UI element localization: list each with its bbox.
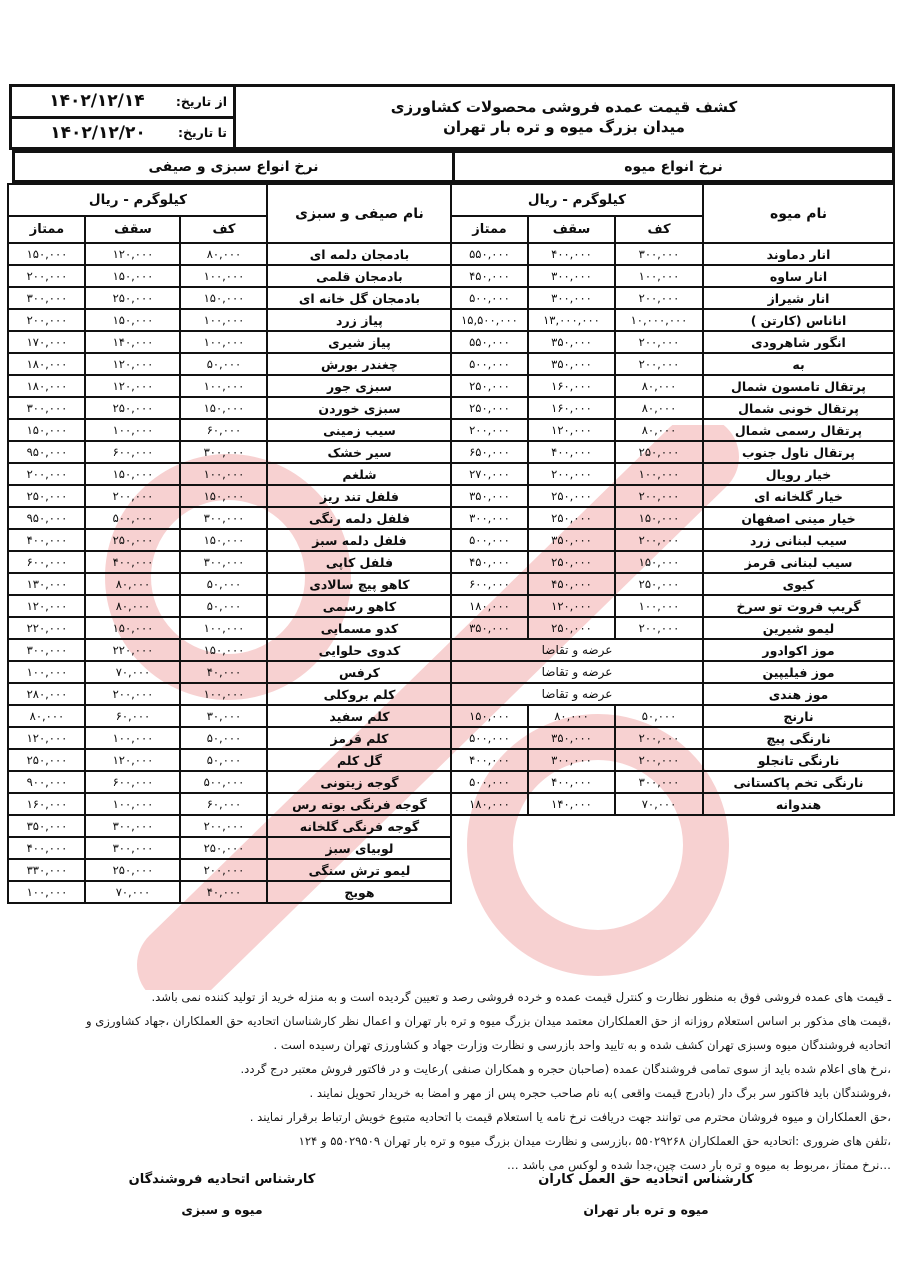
product-name: خیار رویال [703,463,894,485]
price-ceiling: ۸۰,۰۰۰ [528,705,615,727]
table-row: پیاز شیری۱۰۰,۰۰۰۱۴۰,۰۰۰۱۷۰,۰۰۰ [8,331,451,353]
table-row: خیار رویال۱۰۰,۰۰۰۲۰۰,۰۰۰۲۷۰,۰۰۰ [451,463,894,485]
price-ceiling: ۱۴۰,۰۰۰ [528,793,615,815]
footer-note-line: ،تلفن های ضروری :اتحادیه حق العملکاران ۵… [13,1129,891,1153]
price-floor: ۳۰۰,۰۰۰ [180,507,267,529]
product-name: کدو مسمایی [267,617,451,639]
table-row: گل کلم۵۰,۰۰۰۱۲۰,۰۰۰۲۵۰,۰۰۰ [8,749,451,771]
product-name: انگور شاهرودی [703,331,894,353]
product-name: پیاز زرد [267,309,451,331]
product-name: خیار گلخانه ای [703,485,894,507]
price-ceiling: ۱۲۰,۰۰۰ [85,353,180,375]
table-row: کدوی حلوایی۱۵۰,۰۰۰۲۲۰,۰۰۰۳۰۰,۰۰۰ [8,639,451,661]
price-floor: ۵۰۰,۰۰۰ [180,771,267,793]
table-row: فلفل تند ریز۱۵۰,۰۰۰۲۰۰,۰۰۰۲۵۰,۰۰۰ [8,485,451,507]
price-premium: ۱۷۰,۰۰۰ [8,331,85,353]
price-floor: ۲۰۰,۰۰۰ [615,353,703,375]
product-name: گوجه فرنگی بوته رس [267,793,451,815]
product-name: پرتقال تامسون شمال [703,375,894,397]
price-ceiling: ۲۵۰,۰۰۰ [85,529,180,551]
table-row: کاهو پیچ سالادی۵۰,۰۰۰۸۰,۰۰۰۱۳۰,۰۰۰ [8,573,451,595]
table-row: سیب لبنانی زرد۲۰۰,۰۰۰۳۵۰,۰۰۰۵۰۰,۰۰۰ [451,529,894,551]
price-floor: ۵۰,۰۰۰ [180,727,267,749]
table-row: انار شیراز۲۰۰,۰۰۰۳۰۰,۰۰۰۵۰۰,۰۰۰ [451,287,894,309]
product-name: فلفل دلمه سبز [267,529,451,551]
price-floor: ۲۰۰,۰۰۰ [180,815,267,837]
price-ceiling: ۱۲۰,۰۰۰ [85,749,180,771]
price-ceiling: ۲۵۰,۰۰۰ [85,287,180,309]
price-ceiling: ۲۲۰,۰۰۰ [85,639,180,661]
price-premium: ۳۵۰,۰۰۰ [8,815,85,837]
price-floor: ۲۰۰,۰۰۰ [180,859,267,881]
price-ceiling: ۲۵۰,۰۰۰ [528,485,615,507]
price-ceiling: ۲۵۰,۰۰۰ [528,551,615,573]
price-premium: ۳۰۰,۰۰۰ [451,507,528,529]
price-floor: ۱۵۰,۰۰۰ [615,551,703,573]
product-name: موز هندی [703,683,894,705]
price-premium: ۱۲۰,۰۰۰ [8,727,85,749]
price-ceiling: ۳۵۰,۰۰۰ [528,727,615,749]
product-name: شلغم [267,463,451,485]
price-floor: ۱۰۰,۰۰۰ [180,463,267,485]
product-name: هویج [267,881,451,903]
price-floor: ۳۰۰,۰۰۰ [180,551,267,573]
price-floor: ۴۰,۰۰۰ [180,661,267,683]
product-name: کلم قرمز [267,727,451,749]
footer-note-line: ،حق العملکاران و میوه فروشان محترم می تو… [13,1105,891,1129]
product-name: پرتقال ناول جنوب [703,441,894,463]
price-floor: ۱۰۰,۰۰۰ [180,265,267,287]
veg-col-premium: ممتاز [8,216,85,243]
product-name: انار ساوه [703,265,894,287]
signature-left-subtitle: میوه و سبزی [92,1202,352,1218]
product-name: کلم بروکلی [267,683,451,705]
table-row: موز اکوادورعرضه و تقاضا [451,639,894,661]
table-row: انگور شاهرودی۲۰۰,۰۰۰۳۵۰,۰۰۰۵۵۰,۰۰۰ [451,331,894,353]
price-floor: ۱۰۰,۰۰۰ [615,265,703,287]
price-ceiling: ۱۵۰,۰۰۰ [85,463,180,485]
price-premium: ۱۵,۵۰۰,۰۰۰ [451,309,528,331]
price-floor: ۳۰۰,۰۰۰ [180,441,267,463]
price-floor: ۳۰,۰۰۰ [180,705,267,727]
product-name: گوجه فرنگی گلخانه [267,815,451,837]
price-premium: ۱۵۰,۰۰۰ [8,419,85,441]
table-row: گوجه زیتونی۵۰۰,۰۰۰۶۰۰,۰۰۰۹۰۰,۰۰۰ [8,771,451,793]
fruit-header-row-1: نام میوه کیلوگرم - ریال [451,184,894,216]
price-floor: ۱۰۰,۰۰۰ [180,683,267,705]
supply-demand-note: عرضه و تقاضا [451,639,703,661]
price-floor: ۱۰۰,۰۰۰ [180,309,267,331]
price-floor: ۳۰۰,۰۰۰ [615,243,703,265]
product-name: موز فیلیپین [703,661,894,683]
price-floor: ۲۰۰,۰۰۰ [615,287,703,309]
price-premium: ۲۷۰,۰۰۰ [451,463,528,485]
table-row: سبزی جور۱۰۰,۰۰۰۱۲۰,۰۰۰۱۸۰,۰۰۰ [8,375,451,397]
price-ceiling: ۲۵۰,۰۰۰ [528,507,615,529]
price-ceiling: ۴۵۰,۰۰۰ [528,573,615,595]
product-name: نارنگی تخم پاکستانی [703,771,894,793]
product-name: کاهو رسمی [267,595,451,617]
price-ceiling: ۳۵۰,۰۰۰ [528,529,615,551]
price-premium: ۶۰۰,۰۰۰ [451,573,528,595]
product-name: گوجه زیتونی [267,771,451,793]
price-ceiling: ۲۵۰,۰۰۰ [528,617,615,639]
table-row: کلم بروکلی۱۰۰,۰۰۰۲۰۰,۰۰۰۲۸۰,۰۰۰ [8,683,451,705]
price-ceiling: ۸۰,۰۰۰ [85,595,180,617]
price-ceiling: ۱۲۰,۰۰۰ [85,243,180,265]
product-name: کلم سفید [267,705,451,727]
price-premium: ۳۰۰,۰۰۰ [8,397,85,419]
price-ceiling: ۱۶۰,۰۰۰ [528,397,615,419]
price-premium: ۲۲۰,۰۰۰ [8,617,85,639]
table-row: کدو مسمایی۱۰۰,۰۰۰۱۵۰,۰۰۰۲۲۰,۰۰۰ [8,617,451,639]
supply-demand-note: عرضه و تقاضا [451,661,703,683]
price-premium: ۱۸۰,۰۰۰ [8,353,85,375]
price-ceiling: ۳۰۰,۰۰۰ [528,749,615,771]
price-ceiling: ۳۵۰,۰۰۰ [528,353,615,375]
report-header: کشف قیمت عمده فروشی محصولات کشاورزی میدا… [9,84,895,150]
table-row: لیمو ترش سنگی۲۰۰,۰۰۰۲۵۰,۰۰۰۳۳۰,۰۰۰ [8,859,451,881]
price-premium: ۲۰۰,۰۰۰ [8,463,85,485]
table-row: هندوانه۷۰,۰۰۰۱۴۰,۰۰۰۱۸۰,۰۰۰ [451,793,894,815]
price-premium: ۸۰,۰۰۰ [8,705,85,727]
price-premium: ۵۰۰,۰۰۰ [451,353,528,375]
signature-left-title: کارشناس اتحادیه فروشندگان [92,1172,352,1188]
price-premium: ۱۸۰,۰۰۰ [451,595,528,617]
table-row: کرفس۴۰,۰۰۰۷۰,۰۰۰۱۰۰,۰۰۰ [8,661,451,683]
table-row: سبزی خوردن۱۵۰,۰۰۰۲۵۰,۰۰۰۳۰۰,۰۰۰ [8,397,451,419]
price-floor: ۶۰,۰۰۰ [180,793,267,815]
product-name: فلفل کاپی [267,551,451,573]
product-name: گریپ فروت تو سرخ [703,595,894,617]
product-name: اناناس (کارتن ) [703,309,894,331]
price-floor: ۱۰۰,۰۰۰ [180,375,267,397]
price-ceiling: ۸۰,۰۰۰ [85,573,180,595]
price-floor: ۱۰,۰۰۰,۰۰۰ [615,309,703,331]
price-ceiling: ۵۰۰,۰۰۰ [85,507,180,529]
price-premium: ۱۵۰,۰۰۰ [8,243,85,265]
price-floor: ۵۰,۰۰۰ [615,705,703,727]
price-floor: ۱۵۰,۰۰۰ [180,485,267,507]
table-row: کیوی۲۵۰,۰۰۰۴۵۰,۰۰۰۶۰۰,۰۰۰ [451,573,894,595]
product-name: کدوی حلوایی [267,639,451,661]
product-name: نارنگی پیچ [703,727,894,749]
price-floor: ۵۰,۰۰۰ [180,573,267,595]
price-ceiling: ۲۰۰,۰۰۰ [528,463,615,485]
price-premium: ۶۰۰,۰۰۰ [8,551,85,573]
price-premium: ۳۵۰,۰۰۰ [451,617,528,639]
price-bulletin-page: { "page": { "background": "#ffffff", "bo… [0,0,904,1280]
price-premium: ۲۸۰,۰۰۰ [8,683,85,705]
table-row: گوجه فرنگی بوته رس۶۰,۰۰۰۱۰۰,۰۰۰۱۶۰,۰۰۰ [8,793,451,815]
product-name: سبزی خوردن [267,397,451,419]
table-row: فلفل دلمه سبز۱۵۰,۰۰۰۲۵۰,۰۰۰۴۰۰,۰۰۰ [8,529,451,551]
price-premium: ۴۰۰,۰۰۰ [451,749,528,771]
table-row: کلم قرمز۵۰,۰۰۰۱۰۰,۰۰۰۱۲۰,۰۰۰ [8,727,451,749]
table-row: خیار مینی اصفهان۱۵۰,۰۰۰۲۵۰,۰۰۰۳۰۰,۰۰۰ [451,507,894,529]
from-date-value: ۱۴۰۲/۱۲/۱۴ [18,91,176,111]
section-title-row: نرخ انواع میوه نرخ انواع سبزی و صیفی [9,150,895,183]
fruit-col-ceiling: سقف [528,216,615,243]
price-premium: ۴۰۰,۰۰۰ [8,529,85,551]
veg-price-table: نام صیفی و سبزی کیلوگرم - ریال کف سقف مم… [7,183,452,904]
fruit-price-table: نام میوه کیلوگرم - ریال کف سقف ممتاز انا… [450,183,895,816]
table-row: انار ساوه۱۰۰,۰۰۰۳۰۰,۰۰۰۴۵۰,۰۰۰ [451,265,894,287]
price-ceiling: ۷۰,۰۰۰ [85,661,180,683]
price-premium: ۵۰۰,۰۰۰ [451,287,528,309]
price-floor: ۲۰۰,۰۰۰ [615,617,703,639]
price-floor: ۱۰۰,۰۰۰ [180,617,267,639]
product-name: کیوی [703,573,894,595]
price-floor: ۷۰,۰۰۰ [615,793,703,815]
fruit-name-header: نام میوه [703,184,894,243]
product-name: سیب لبنانی زرد [703,529,894,551]
table-row: پرتقال رسمی شمال۸۰,۰۰۰۱۲۰,۰۰۰۲۰۰,۰۰۰ [451,419,894,441]
price-ceiling: ۱۲۰,۰۰۰ [528,595,615,617]
fruit-col-premium: ممتاز [451,216,528,243]
price-ceiling: ۴۰۰,۰۰۰ [528,771,615,793]
price-premium: ۴۵۰,۰۰۰ [451,551,528,573]
price-premium: ۵۵۰,۰۰۰ [451,243,528,265]
table-row: موز هندیعرضه و تقاضا [451,683,894,705]
veg-name-header: نام صیفی و سبزی [267,184,451,243]
product-name: لوبیای سبز [267,837,451,859]
price-ceiling: ۴۰۰,۰۰۰ [528,243,615,265]
veg-section-title: نرخ انواع سبزی و صیفی [12,150,455,183]
from-date-label: از تاریخ: [176,94,227,109]
to-date-label: تا تاریخ: [178,125,227,140]
fruit-unit-header: کیلوگرم - ریال [451,184,703,216]
signature-right-subtitle: میوه و تره بار تهران [506,1202,786,1218]
product-name: بادمجان گل خانه ای [267,287,451,309]
price-floor: ۵۰,۰۰۰ [180,353,267,375]
price-premium: ۲۵۰,۰۰۰ [8,749,85,771]
price-ceiling: ۴۰۰,۰۰۰ [85,551,180,573]
price-premium: ۳۰۰,۰۰۰ [8,287,85,309]
price-ceiling: ۳۰۰,۰۰۰ [528,265,615,287]
price-floor: ۱۰۰,۰۰۰ [615,595,703,617]
price-floor: ۲۰۰,۰۰۰ [615,529,703,551]
report-title-box: کشف قیمت عمده فروشی محصولات کشاورزی میدا… [233,84,895,150]
price-floor: ۲۰۰,۰۰۰ [615,331,703,353]
price-tables: نام میوه کیلوگرم - ریال کف سقف ممتاز انا… [9,183,895,904]
veg-header-row-1: نام صیفی و سبزی کیلوگرم - ریال [8,184,451,216]
table-row: فلفل دلمه رنگی۳۰۰,۰۰۰۵۰۰,۰۰۰۹۵۰,۰۰۰ [8,507,451,529]
price-floor: ۸۰,۰۰۰ [180,243,267,265]
fruit-col-floor: کف [615,216,703,243]
footer-note-line: اتحادیه فروشندگان میوه وسبزی تهران کشف ش… [13,1033,891,1057]
table-row: اناناس (کارتن )۱۰,۰۰۰,۰۰۰۱۳,۰۰۰,۰۰۰۱۵,۵۰… [451,309,894,331]
price-floor: ۲۰۰,۰۰۰ [615,485,703,507]
price-floor: ۸۰,۰۰۰ [615,397,703,419]
fruit-section-title: نرخ انواع میوه [452,150,895,183]
price-ceiling: ۳۰۰,۰۰۰ [528,287,615,309]
price-ceiling: ۱۵۰,۰۰۰ [85,265,180,287]
price-ceiling: ۷۰,۰۰۰ [85,881,180,903]
price-premium: ۲۵۰,۰۰۰ [451,397,528,419]
price-ceiling: ۳۵۰,۰۰۰ [528,331,615,353]
price-floor: ۲۰۰,۰۰۰ [615,749,703,771]
table-row: نارنگی تانجلو۲۰۰,۰۰۰۳۰۰,۰۰۰۴۰۰,۰۰۰ [451,749,894,771]
supply-demand-note: عرضه و تقاضا [451,683,703,705]
table-row: خیار گلخانه ای۲۰۰,۰۰۰۲۵۰,۰۰۰۳۵۰,۰۰۰ [451,485,894,507]
product-name: هندوانه [703,793,894,815]
table-row: سیر خشک۳۰۰,۰۰۰۶۰۰,۰۰۰۹۵۰,۰۰۰ [8,441,451,463]
table-row: انار دماوند۳۰۰,۰۰۰۴۰۰,۰۰۰۵۵۰,۰۰۰ [451,243,894,265]
price-ceiling: ۱۰۰,۰۰۰ [85,727,180,749]
price-ceiling: ۱۵۰,۰۰۰ [85,617,180,639]
footer-note-line: ،فروشندگان باید فاکتور سر برگ دار (بادرج… [13,1081,891,1105]
price-floor: ۲۵۰,۰۰۰ [615,573,703,595]
price-ceiling: ۱۳,۰۰۰,۰۰۰ [528,309,615,331]
table-row: بادمجان قلمی۱۰۰,۰۰۰۱۵۰,۰۰۰۲۰۰,۰۰۰ [8,265,451,287]
product-name: سیب لبنانی قرمز [703,551,894,573]
price-premium: ۱۲۰,۰۰۰ [8,595,85,617]
price-floor: ۵۰,۰۰۰ [180,595,267,617]
table-row: چغندر بورش۵۰,۰۰۰۱۲۰,۰۰۰۱۸۰,۰۰۰ [8,353,451,375]
price-premium: ۱۶۰,۰۰۰ [8,793,85,815]
price-floor: ۱۵۰,۰۰۰ [180,639,267,661]
from-date-row: از تاریخ: ۱۴۰۲/۱۲/۱۴ [12,87,233,119]
product-name: پرتقال خونی شمال [703,397,894,419]
table-row: هویج۴۰,۰۰۰۷۰,۰۰۰۱۰۰,۰۰۰ [8,881,451,903]
price-floor: ۱۰۰,۰۰۰ [615,463,703,485]
price-ceiling: ۳۰۰,۰۰۰ [85,837,180,859]
product-name: بادمجان دلمه ای [267,243,451,265]
product-name: سیب زمینی [267,419,451,441]
table-row: گوجه فرنگی گلخانه۲۰۰,۰۰۰۳۰۰,۰۰۰۳۵۰,۰۰۰ [8,815,451,837]
price-ceiling: ۶۰۰,۰۰۰ [85,441,180,463]
price-premium: ۹۵۰,۰۰۰ [8,441,85,463]
product-name: سبزی جور [267,375,451,397]
price-floor: ۱۵۰,۰۰۰ [180,397,267,419]
veg-unit-header: کیلوگرم - ریال [8,184,267,216]
veg-col-floor: کف [180,216,267,243]
price-ceiling: ۶۰۰,۰۰۰ [85,771,180,793]
price-premium: ۲۰۰,۰۰۰ [451,419,528,441]
table-row: نارنگی پیچ۲۰۰,۰۰۰۳۵۰,۰۰۰۵۰۰,۰۰۰ [451,727,894,749]
price-floor: ۲۵۰,۰۰۰ [180,837,267,859]
price-premium: ۹۰۰,۰۰۰ [8,771,85,793]
product-name: نارنگی تانجلو [703,749,894,771]
price-premium: ۲۵۰,۰۰۰ [8,485,85,507]
price-ceiling: ۳۰۰,۰۰۰ [85,815,180,837]
price-premium: ۳۰۰,۰۰۰ [8,639,85,661]
table-row: لوبیای سبز۲۵۰,۰۰۰۳۰۰,۰۰۰۴۰۰,۰۰۰ [8,837,451,859]
table-row: نارنگی تخم پاکستانی۳۰۰,۰۰۰۴۰۰,۰۰۰۵۰۰,۰۰۰ [451,771,894,793]
price-ceiling: ۲۰۰,۰۰۰ [85,485,180,507]
price-ceiling: ۱۰۰,۰۰۰ [85,419,180,441]
price-premium: ۵۰۰,۰۰۰ [451,771,528,793]
footer-note-line: ـ قیمت های عمده فروشی فوق به منظور نظارت… [13,985,891,1009]
table-row: گریپ فروت تو سرخ۱۰۰,۰۰۰۱۲۰,۰۰۰۱۸۰,۰۰۰ [451,595,894,617]
price-premium: ۲۰۰,۰۰۰ [8,309,85,331]
price-floor: ۲۰۰,۰۰۰ [615,727,703,749]
price-premium: ۹۵۰,۰۰۰ [8,507,85,529]
price-ceiling: ۲۵۰,۰۰۰ [85,859,180,881]
product-name: فلفل دلمه رنگی [267,507,451,529]
price-premium: ۳۳۰,۰۰۰ [8,859,85,881]
price-premium: ۱۳۰,۰۰۰ [8,573,85,595]
product-name: گل کلم [267,749,451,771]
date-range-box: از تاریخ: ۱۴۰۲/۱۲/۱۴ تا تاریخ: ۱۴۰۲/۱۲/۲… [9,84,236,150]
price-ceiling: ۴۰۰,۰۰۰ [528,441,615,463]
table-row: پرتقال خونی شمال۸۰,۰۰۰۱۶۰,۰۰۰۲۵۰,۰۰۰ [451,397,894,419]
product-name: پیاز شیری [267,331,451,353]
product-name: انار شیراز [703,287,894,309]
table-row: موز فیلیپینعرضه و تقاضا [451,661,894,683]
price-ceiling: ۲۵۰,۰۰۰ [85,397,180,419]
product-name: انار دماوند [703,243,894,265]
table-row: نارنج۵۰,۰۰۰۸۰,۰۰۰۱۵۰,۰۰۰ [451,705,894,727]
price-floor: ۳۰۰,۰۰۰ [615,771,703,793]
product-name: کرفس [267,661,451,683]
footer-notes: ـ قیمت های عمده فروشی فوق به منظور نظارت… [13,985,891,1177]
product-name: فلفل تند ریز [267,485,451,507]
price-premium: ۳۵۰,۰۰۰ [451,485,528,507]
product-name: نارنج [703,705,894,727]
price-ceiling: ۱۲۰,۰۰۰ [85,375,180,397]
price-floor: ۴۰,۰۰۰ [180,881,267,903]
table-row: کلم سفید۳۰,۰۰۰۶۰,۰۰۰۸۰,۰۰۰ [8,705,451,727]
price-floor: ۱۰۰,۰۰۰ [180,331,267,353]
table-row: پیاز زرد۱۰۰,۰۰۰۱۵۰,۰۰۰۲۰۰,۰۰۰ [8,309,451,331]
table-row: سیب لبنانی قرمز۱۵۰,۰۰۰۲۵۰,۰۰۰۴۵۰,۰۰۰ [451,551,894,573]
table-row: سیب زمینی۶۰,۰۰۰۱۰۰,۰۰۰۱۵۰,۰۰۰ [8,419,451,441]
price-premium: ۵۰۰,۰۰۰ [451,727,528,749]
price-ceiling: ۱۶۰,۰۰۰ [528,375,615,397]
table-row: بادمجان دلمه ای۸۰,۰۰۰۱۲۰,۰۰۰۱۵۰,۰۰۰ [8,243,451,265]
price-premium: ۱۸۰,۰۰۰ [451,793,528,815]
price-premium: ۱۵۰,۰۰۰ [451,705,528,727]
product-name: چغندر بورش [267,353,451,375]
report-title-line2: میدان بزرگ میوه و تره بار تهران [443,117,685,137]
price-premium: ۴۰۰,۰۰۰ [8,837,85,859]
product-name: سیر خشک [267,441,451,463]
table-row: لیمو شیرین۲۰۰,۰۰۰۲۵۰,۰۰۰۳۵۰,۰۰۰ [451,617,894,639]
table-row: بادمجان گل خانه ای۱۵۰,۰۰۰۲۵۰,۰۰۰۳۰۰,۰۰۰ [8,287,451,309]
signature-left: کارشناس اتحادیه فروشندگان میوه و سبزی [92,1172,352,1218]
price-premium: ۱۰۰,۰۰۰ [8,881,85,903]
price-premium: ۱۰۰,۰۰۰ [8,661,85,683]
price-ceiling: ۲۰۰,۰۰۰ [85,683,180,705]
product-name: کاهو پیچ سالادی [267,573,451,595]
to-date-row: تا تاریخ: ۱۴۰۲/۱۲/۲۰ [12,119,233,148]
price-premium: ۲۰۰,۰۰۰ [8,265,85,287]
product-name: بادمجان قلمی [267,265,451,287]
table-row: شلغم۱۰۰,۰۰۰۱۵۰,۰۰۰۲۰۰,۰۰۰ [8,463,451,485]
price-floor: ۶۰,۰۰۰ [180,419,267,441]
footer-note-line: ،قیمت های مذکور بر اساس استعلام روزانه ا… [13,1009,891,1033]
price-ceiling: ۱۰۰,۰۰۰ [85,793,180,815]
product-name: پرتقال رسمی شمال [703,419,894,441]
price-floor: ۲۵۰,۰۰۰ [615,441,703,463]
signature-right: کارشناس اتحادیه حق العمل کاران میوه و تر… [506,1172,786,1218]
signature-right-title: کارشناس اتحادیه حق العمل کاران [506,1172,786,1188]
price-premium: ۱۸۰,۰۰۰ [8,375,85,397]
price-premium: ۵۵۰,۰۰۰ [451,331,528,353]
price-floor: ۸۰,۰۰۰ [615,375,703,397]
price-ceiling: ۱۴۰,۰۰۰ [85,331,180,353]
price-premium: ۴۵۰,۰۰۰ [451,265,528,287]
table-row: پرتقال ناول جنوب۲۵۰,۰۰۰۴۰۰,۰۰۰۶۵۰,۰۰۰ [451,441,894,463]
product-name: به [703,353,894,375]
price-floor: ۸۰,۰۰۰ [615,419,703,441]
table-row: به۲۰۰,۰۰۰۳۵۰,۰۰۰۵۰۰,۰۰۰ [451,353,894,375]
product-name: خیار مینی اصفهان [703,507,894,529]
price-floor: ۱۵۰,۰۰۰ [615,507,703,529]
table-row: فلفل کاپی۳۰۰,۰۰۰۴۰۰,۰۰۰۶۰۰,۰۰۰ [8,551,451,573]
